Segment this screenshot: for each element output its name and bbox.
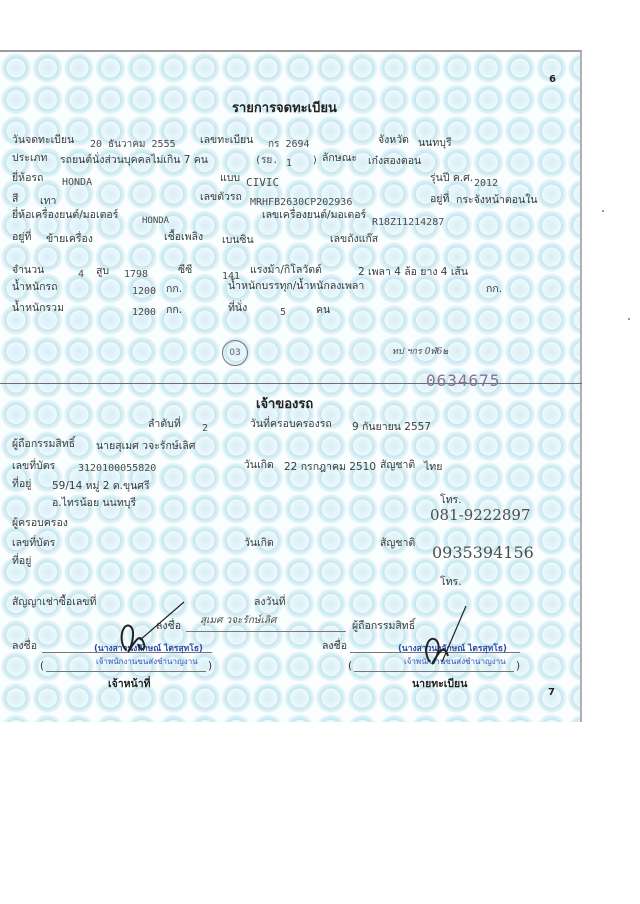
cc-value: 1798 [124, 268, 148, 281]
weight-label: น้ำหนักรถ [12, 281, 58, 294]
total-weight-value: 1200 [132, 306, 156, 319]
total-weight-unit: กก. [166, 304, 182, 317]
engine-no-label: เลขเครื่องยนต์/มอเตอร์ [262, 209, 366, 222]
color-label: สี [12, 193, 18, 206]
registrar-sign-label: ลงชื่อ [322, 640, 347, 653]
plate-label: เลขทะเบียน [200, 134, 253, 147]
load-unit: กก. [486, 283, 502, 296]
type-value: รถยนต์นั่งส่วนบุคคลไม่เกิน 7 คน [60, 154, 208, 167]
officer-name-line [46, 671, 206, 672]
owner-section-title: เจ้าของรถ [256, 398, 313, 411]
chassis-value: MRHFB2630CP202936 [250, 196, 352, 209]
engine-location-value: ข้ายเครื่อง [46, 233, 93, 246]
year-value: 2012 [474, 177, 498, 190]
owner-id-label: เลขที่บัตร [12, 460, 55, 473]
owner-label: ผู้ถือกรรมสิทธิ์ [12, 438, 75, 451]
owner-address-line-1: 59/14 หมู่ 2 ต.ขุนศรี [52, 480, 150, 493]
rs-value: 1 [286, 157, 292, 170]
owner-handwritten-signature: สุเมศ วจะรักษ์เลิศ [200, 614, 276, 627]
weight-unit: กก. [166, 283, 182, 296]
possessor-address-label: ที่อยู่ [12, 555, 31, 568]
seats-value: 5 [280, 306, 286, 319]
possessor-id-label: เลขที่บัตร [12, 537, 55, 550]
engine-brand-value: HONDA [142, 215, 169, 228]
fuel-value: เบนซิน [222, 234, 254, 247]
circled-handwritten-note: 03 [222, 340, 248, 366]
axles-value: 2 เพลา 4 ล้อ ยาง 4 เส้น [358, 266, 468, 279]
handwritten-note: ทป ฯกร 0ฬ่6๒ [392, 346, 448, 359]
contract-date-label: ลงวันที่ [254, 596, 286, 609]
cylinders-label: สูบ [96, 265, 109, 278]
owner-sign-line [186, 631, 346, 632]
officer-stamp-title: เจ้าพนักงานขนส่งชำนาญงาน [96, 655, 198, 668]
chassis-label: เลขตัวรถ [200, 191, 242, 204]
officer-sign-label: ลงชื่อ [12, 640, 37, 653]
seats-label: ที่นั่ง [228, 302, 247, 315]
gas-tank-label: เลขถังแก๊ส [330, 233, 378, 246]
hp-label: แรงม้า/กิโลวัตต์ [250, 264, 322, 277]
page-number-bottom: 7 [548, 686, 555, 699]
possession-date-value: 9 กันยายน 2557 [352, 421, 431, 434]
seats-unit: คน [316, 304, 330, 317]
registrar-name-line [354, 671, 514, 672]
scan-speck [628, 318, 630, 320]
scan-speck [602, 210, 604, 212]
style-label: ลักษณะ [322, 152, 357, 165]
engine-brand-label: ยี่ห้อเครื่องยนต์/มอเตอร์ [12, 209, 118, 222]
cylinders-value: 4 [78, 268, 84, 281]
rs-close: ) [312, 154, 318, 167]
order-value: 2 [202, 422, 208, 435]
officer-role-label: เจ้าหน้าที่ [108, 678, 151, 691]
officer-paren-close: ) [208, 660, 212, 673]
owner-phone-handwritten-2: 0935394156 [432, 546, 534, 559]
order-label: ลำดับที่ [148, 418, 181, 431]
hire-purchase-contract-label: สัญญาเช่าซื้อเลขที่ [12, 596, 96, 609]
registrar-signature-mark [420, 604, 470, 666]
plate-value: กร 2694 [268, 138, 310, 151]
possessor-birth-label: วันเกิด [244, 537, 274, 550]
year-label: รุ่นปี ค.ศ. [430, 172, 473, 185]
load-label: น้ำหนักบรรทุก/น้ำหนักลงเพลา [228, 280, 364, 293]
possessor-phone-label: โทร. [440, 576, 462, 589]
model-label: แบบ [220, 172, 240, 185]
count-label: จำนวน [12, 264, 44, 277]
province-label: จังหวัด [378, 134, 409, 147]
color-value: เทา [40, 195, 56, 208]
brand-label: ยี่ห้อรถ [12, 172, 43, 185]
reg-date-value: 20 ธันวาคม 2555 [90, 138, 176, 151]
registrar-role-label: นายทะเบียน [412, 678, 467, 691]
possessor-nationality-label: สัญชาติ [380, 537, 415, 550]
owner-birth-value: 22 กรกฎาคม 2510 [284, 461, 376, 474]
possession-date-label: วันที่ครอบครองรถ [250, 418, 332, 431]
document-serial-number: 0634675 [426, 374, 500, 387]
owner-nationality-label: สัญชาติ [380, 459, 415, 472]
style-value: เก๋งสองตอน [368, 155, 421, 168]
reg-date-label: วันจดทะเบียน [12, 134, 74, 147]
owner-phone-handwritten-1: 081-9222897 [430, 509, 531, 522]
engine-no-value: R18Z11214287 [372, 216, 444, 229]
registrar-paren-close: ) [516, 660, 520, 673]
total-weight-label: น้ำหนักรวม [12, 302, 64, 315]
fuel-label: เชื้อเพลิง [164, 231, 203, 244]
chassis-location-label: อยู่ที่ [430, 193, 449, 206]
owner-id-value: 3120100055820 [78, 462, 156, 475]
registrar-paren-open: ( [348, 660, 352, 673]
cc-label: ซีซี [178, 264, 192, 277]
model-value: CIVIC [246, 176, 279, 189]
registration-title: รายการจดทะเบียน [232, 102, 337, 115]
owner-role-label: ผู้ถือกรรมสิทธิ์ [352, 620, 415, 633]
province-value: นนทบุรี [418, 137, 452, 150]
owner-birth-label: วันเกิด [244, 459, 274, 472]
officer-paren-open: ( [40, 660, 44, 673]
officer-signature-mark [110, 600, 190, 656]
page-number-top: 6 [549, 73, 556, 86]
owner-nationality-value: ไทย [424, 461, 442, 474]
owner-address-label: ที่อยู่ [12, 478, 31, 491]
possessor-label: ผู้ครอบครอง [12, 517, 68, 530]
engine-location-label: อยู่ที่ [12, 231, 31, 244]
brand-value: HONDA [62, 176, 92, 189]
owner-address-line-2: อ.ไทรน้อย นนทบุรี [52, 497, 136, 510]
owner-name: นายสุเมศ วจะรักษ์เลิศ [96, 440, 195, 453]
type-label: ประเภท [12, 152, 47, 165]
chassis-location-value: กระจังหน้าตอนใน [456, 194, 538, 207]
weight-value: 1200 [132, 285, 156, 298]
rs-label: (รย. [255, 154, 278, 167]
